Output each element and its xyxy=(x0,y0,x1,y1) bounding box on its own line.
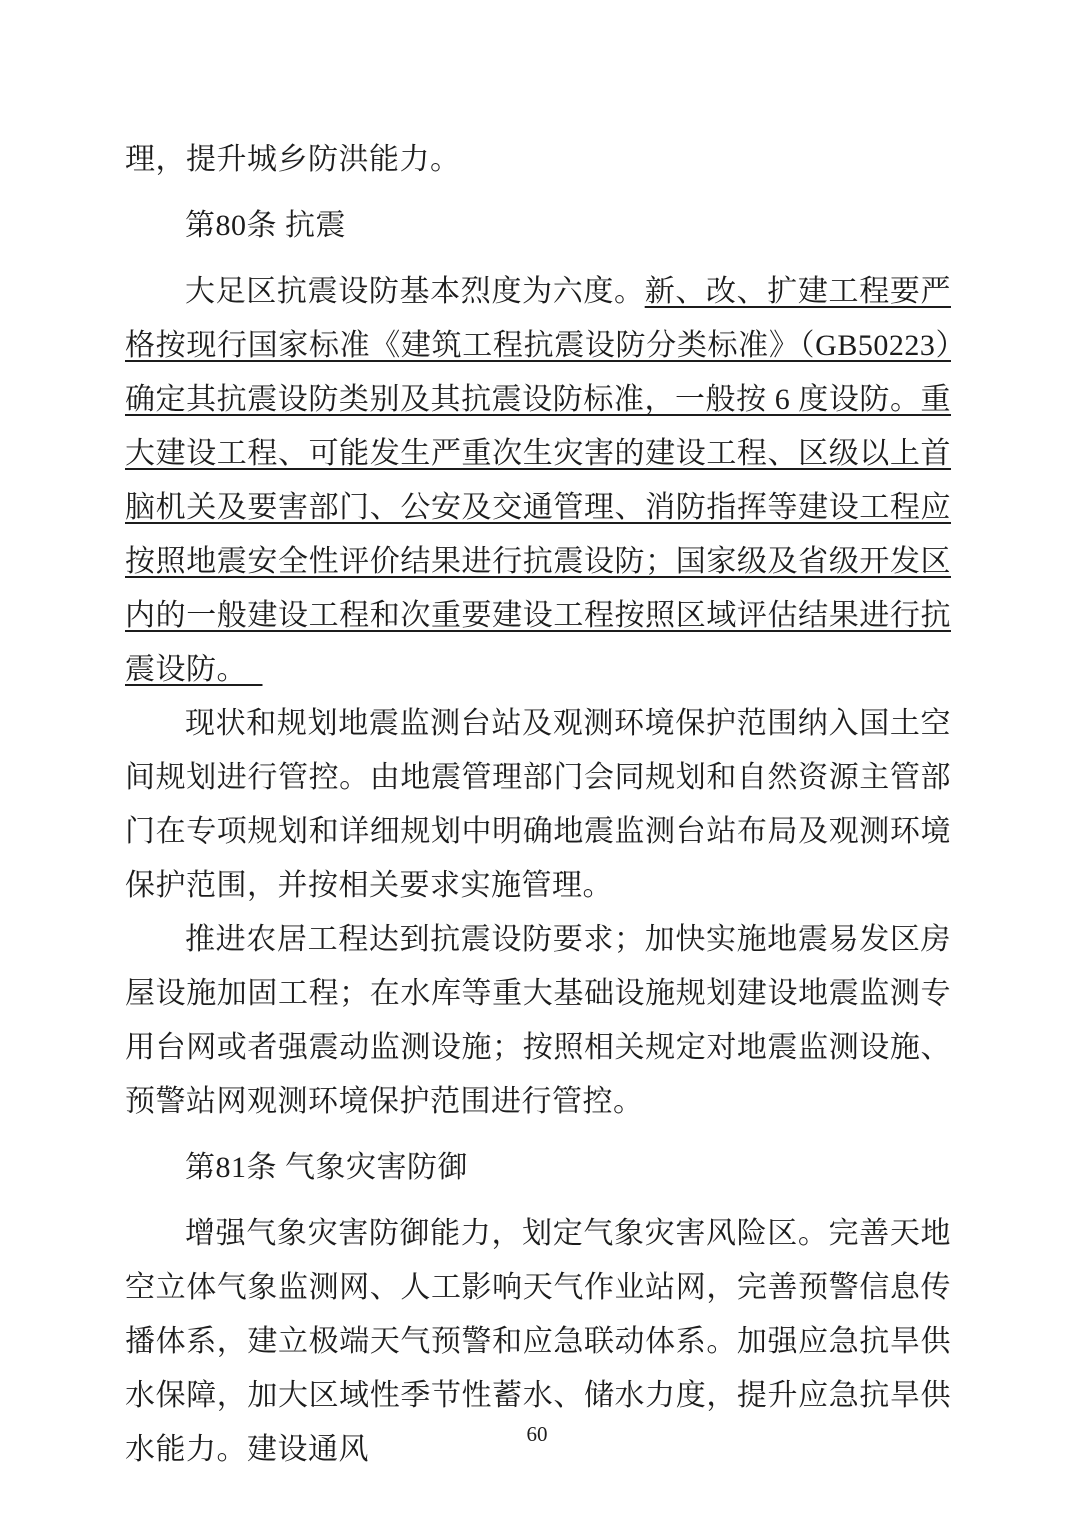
article-80-heading: 第80条 抗震 xyxy=(125,199,951,253)
paragraph-rural-housing-reinforcement: 推进农居工程达到抗震设防要求；加快实施地震易发区房屋设施加固工程；在水库等重大基… xyxy=(125,913,951,1129)
page-content: 理，提升城乡防洪能力。 第80条 抗震 大足区抗震设防基本烈度为六度。新、改、扩… xyxy=(125,133,951,1477)
article-81-heading: 第81条 气象灾害防御 xyxy=(125,1141,951,1195)
seismic-intro-text: 大足区抗震设防基本烈度为六度。 xyxy=(185,275,645,308)
page-number: 60 xyxy=(0,1421,1074,1447)
paragraph-seismic-fortification: 大足区抗震设防基本烈度为六度。新、改、扩建工程要严格按现行国家标准《建筑工程抗震… xyxy=(125,265,951,697)
paragraph-monitoring-stations: 现状和规划地震监测台站及观测环境保护范围纳入国土空间规划进行管控。由地震管理部门… xyxy=(125,697,951,913)
document-page: 理，提升城乡防洪能力。 第80条 抗震 大足区抗震设防基本烈度为六度。新、改、扩… xyxy=(0,0,1074,1520)
paragraph-flood-continuation: 理，提升城乡防洪能力。 xyxy=(125,133,951,187)
seismic-underlined-requirement-text: 新、改、扩建工程要严格按现行国家标准《建筑工程抗震设防分类标准》（GB50223… xyxy=(125,275,951,686)
